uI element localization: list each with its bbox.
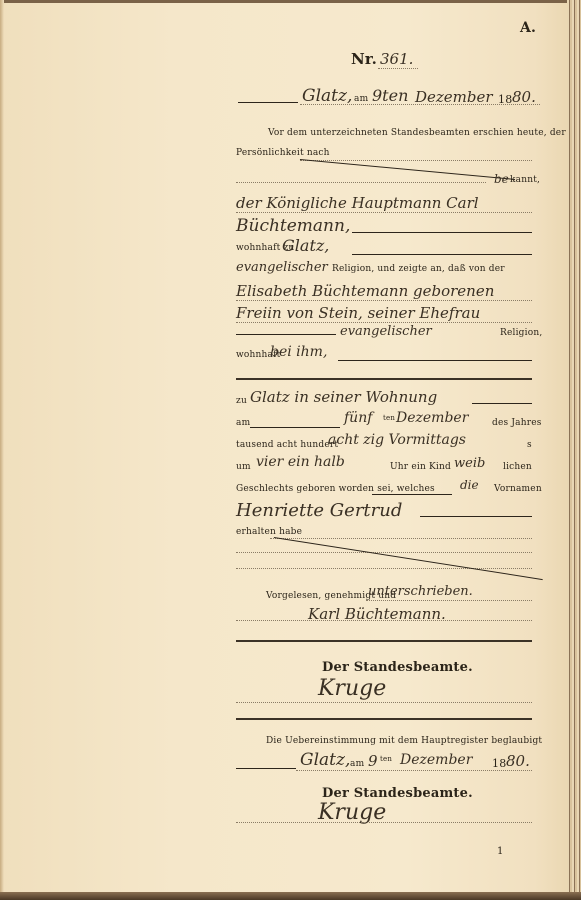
rule-6 — [352, 254, 532, 255]
cert-am: am — [350, 759, 364, 769]
official-signature-1: Kruge — [318, 676, 386, 701]
header-am: am — [354, 94, 368, 104]
cert-day: 9 — [368, 752, 378, 770]
dotline-20 — [236, 620, 532, 621]
year-words-suffix: s — [527, 440, 532, 450]
page-number: 1 — [497, 846, 504, 857]
cert-year-suffix: 80. — [506, 752, 530, 770]
book-binding — [567, 0, 581, 900]
mother-residence-value: bei ihm, — [270, 344, 327, 360]
dotline-17 — [236, 552, 532, 553]
official-title-2: Der Standesbeamte. — [322, 786, 473, 801]
page-left-edge — [0, 0, 4, 900]
birthdate-day: fünf — [344, 410, 372, 426]
persoenlichkeit-label: Persönlichkeit nach — [236, 148, 330, 158]
header-dotline — [300, 104, 540, 105]
number-value: 361. — [380, 50, 413, 68]
document-page: A. Nr. 361. Glatz, am 9ten Dezember 18 8… — [0, 0, 581, 900]
cert-place: Glatz, — [300, 750, 350, 770]
strike-line-2 — [274, 537, 543, 580]
kannt-print: kannt, — [510, 175, 540, 185]
rule-10 — [236, 334, 336, 335]
section-rule-1 — [236, 378, 532, 380]
cert-year-prefix: 18 — [492, 757, 506, 770]
kannt-hand: be — [494, 172, 509, 186]
header-place: Glatz, — [302, 86, 352, 106]
dotline-4 — [236, 212, 532, 213]
informant-line-1: der Königliche Hauptmann Carl — [236, 194, 479, 212]
birthdate-ten: ten — [383, 414, 395, 422]
number-label: Nr. — [351, 50, 377, 68]
time-label: um — [236, 462, 251, 472]
mother-religion-label: Religion, — [500, 328, 542, 338]
religion-text: Religion, und zeigte an, daß von der — [332, 264, 505, 274]
dotline-19 — [366, 600, 532, 601]
year-words-print: tausend acht hundert — [236, 440, 338, 450]
birthdate-month: Dezember — [396, 410, 468, 426]
dotline-2 — [300, 160, 532, 161]
dotline-22 — [236, 822, 532, 823]
rule-14 — [372, 494, 452, 495]
mother-line-2: Freiin von Stein, seiner Ehefrau — [236, 304, 480, 322]
dotline-21 — [236, 702, 532, 703]
given-names: Henriette Gertrud — [236, 500, 402, 521]
page-top-edge — [0, 0, 581, 3]
born-hand: die — [460, 478, 479, 492]
time-value: vier ein halb — [256, 454, 345, 470]
year-words-hand: acht zig Vormittags — [328, 432, 466, 448]
dotline-3 — [236, 182, 486, 183]
birthplace-label: zu — [236, 396, 247, 406]
dotline-18 — [236, 568, 532, 569]
religion-value: evangelischer — [236, 260, 328, 275]
sex-value: weib — [454, 456, 485, 471]
official-title-1: Der Standesbeamte. — [322, 660, 473, 675]
cert-dotline — [296, 770, 532, 771]
read-hand: unterschrieben. — [368, 584, 473, 599]
dotline-8 — [236, 300, 532, 301]
birthdate-label: am — [236, 418, 250, 428]
birthplace-value: Glatz in seiner Wohnung — [250, 388, 437, 406]
rule-12 — [472, 403, 532, 404]
number-dotline — [378, 68, 418, 69]
page-bottom-edge — [0, 892, 581, 900]
birthdate-year-label: des Jahres — [492, 418, 542, 428]
cert-rule — [236, 768, 296, 769]
received-label: erhalten habe — [236, 527, 302, 537]
section-rule-3 — [236, 718, 532, 720]
sex-suffix: lichen — [503, 462, 532, 472]
mother-religion-value: evangelischer — [340, 324, 432, 339]
born-text: Geschlechts geboren worden sei, welches — [236, 484, 435, 494]
time-text: Uhr ein Kind — [390, 462, 451, 472]
cert-month: Dezember — [400, 752, 472, 768]
certification-text: Die Uebereinstimmung mit dem Hauptregist… — [266, 736, 542, 746]
rule-13 — [250, 427, 340, 428]
section-rule-2 — [236, 640, 532, 642]
cert-day-suffix: ten — [380, 755, 392, 763]
corner-letter: A. — [520, 20, 536, 36]
dotline-9 — [236, 322, 532, 323]
dotline-16 — [270, 538, 532, 539]
given-names-label: Vornamen — [494, 484, 542, 494]
rule-15 — [420, 516, 532, 517]
rule-5 — [352, 232, 532, 233]
header-day: 9ten — [372, 86, 408, 105]
rule-11 — [338, 360, 532, 361]
residence-value: Glatz, — [282, 236, 329, 255]
header-rule — [238, 102, 298, 103]
intro-line: Vor dem unterzeichneten Standesbeamten e… — [268, 128, 566, 138]
strike-line-1 — [300, 159, 515, 180]
informant-line-2: Büchtemann, — [236, 216, 350, 236]
mother-line-1: Elisabeth Büchtemann geborenen — [236, 282, 494, 300]
